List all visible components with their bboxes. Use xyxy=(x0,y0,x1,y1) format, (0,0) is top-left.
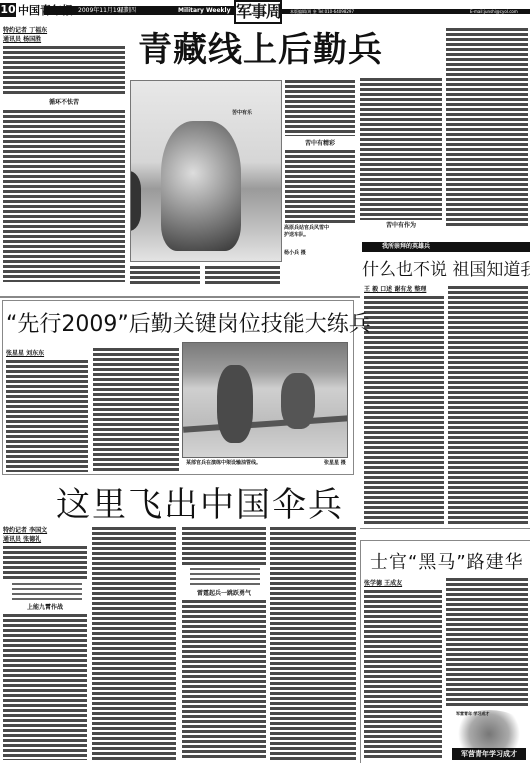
story2-body-text xyxy=(93,348,179,472)
story2-photo-caption: 某部官兵在演练中架设输油管线。 xyxy=(186,460,261,467)
soldier-figure xyxy=(161,121,241,251)
story3-headline: 这里飞出中国伞兵 xyxy=(56,484,344,526)
section-title: 军事周刊 xyxy=(234,0,282,24)
story1-subhead-2: 苦中有精彩 xyxy=(285,140,355,148)
story3-body-text xyxy=(182,527,266,565)
editor-contact: 本版编辑/周 奎 Tel:010-64098297 xyxy=(290,9,354,14)
story3-byline-reporter: 特约记者 李国文 xyxy=(3,527,47,535)
story1-body-text xyxy=(3,46,125,94)
story5-body-text xyxy=(364,590,442,760)
story3-body-text xyxy=(3,546,87,580)
english-title: Military Weekly xyxy=(178,6,231,15)
story2-photo-credit: 张星星 摄 xyxy=(324,460,346,467)
story1-body-text xyxy=(285,80,355,136)
story4-headline: 什么也不说 祖国知道我 xyxy=(362,258,530,282)
paper-name: 中国青年报 xyxy=(18,2,73,18)
story4-section-label: 我所崇拜的英雄兵 xyxy=(362,242,530,252)
story3-subhead-1: 上能九霄作战 xyxy=(3,604,87,612)
issue-weekday: 星期四 xyxy=(118,6,136,15)
soldier-figure-left xyxy=(130,171,141,231)
story2-body-text xyxy=(6,360,88,472)
story1-subhead-1: 循环不怯苦 xyxy=(3,99,125,107)
story1-photo-soldier-in-snow xyxy=(130,80,282,262)
story4-body-text xyxy=(448,286,528,524)
story1-body-text xyxy=(130,266,200,284)
story3-body-text xyxy=(3,614,87,760)
story2-photo-soldiers-pipeline xyxy=(182,342,348,458)
divider xyxy=(360,528,530,529)
story1-byline-reporter: 特约记者 丁福东 xyxy=(3,27,47,35)
story1-subhead-3: 苦中有作为 xyxy=(360,222,442,230)
story3-pullquote xyxy=(12,583,82,603)
story5-headline: 士官“黑马”路建华 xyxy=(370,550,524,576)
story1-photo-caption: 高原兵站官兵风雪中护送车队。 xyxy=(284,225,330,239)
story1-body-text xyxy=(446,28,528,228)
story3-byline-correspondent: 通讯员 张德礼 xyxy=(3,536,41,544)
story4-body-text xyxy=(364,296,444,524)
story3-body-text xyxy=(92,527,176,760)
story1-byline-correspondent: 通讯员 杨国胜 xyxy=(3,36,41,44)
story3-pullquote xyxy=(190,568,260,588)
story2-byline: 张星星 刘东东 xyxy=(6,350,44,358)
story1-photo-credit: 杨小兵 摄 xyxy=(284,250,306,257)
soldier-figure xyxy=(217,365,253,443)
story3-subhead-2: 雷霆起兵一跳跃勇气 xyxy=(182,590,266,598)
story5-byline: 张学德 王成友 xyxy=(364,580,402,588)
story2-headline: “先行2009”后勤关键岗位技能大练兵 xyxy=(6,310,371,340)
page-number: 10 xyxy=(0,3,16,17)
pipeline xyxy=(183,415,348,433)
editor-email: E-mail:junshi@cyol.com xyxy=(470,9,518,14)
story1-headline: 青藏线上后勤兵 xyxy=(138,30,383,70)
story3-body-text xyxy=(182,600,266,760)
story1-body-text xyxy=(285,150,355,223)
story4-byline: 王 毅 口述 谢有龙 整理 xyxy=(364,286,426,294)
column-logo-banner: 军营青年学习成才 xyxy=(452,748,526,760)
column-logo-arc-text: 军营青年 学习成才 xyxy=(456,710,489,717)
story1-photo-label: 苦中有乐 xyxy=(232,110,252,117)
story1-body-text xyxy=(360,78,442,220)
divider xyxy=(0,296,360,298)
story3-body-text xyxy=(270,527,356,760)
story5-body-text xyxy=(446,578,528,708)
soldier-figure xyxy=(281,373,315,429)
story1-body-text xyxy=(3,110,125,282)
story1-body-text xyxy=(205,266,280,284)
